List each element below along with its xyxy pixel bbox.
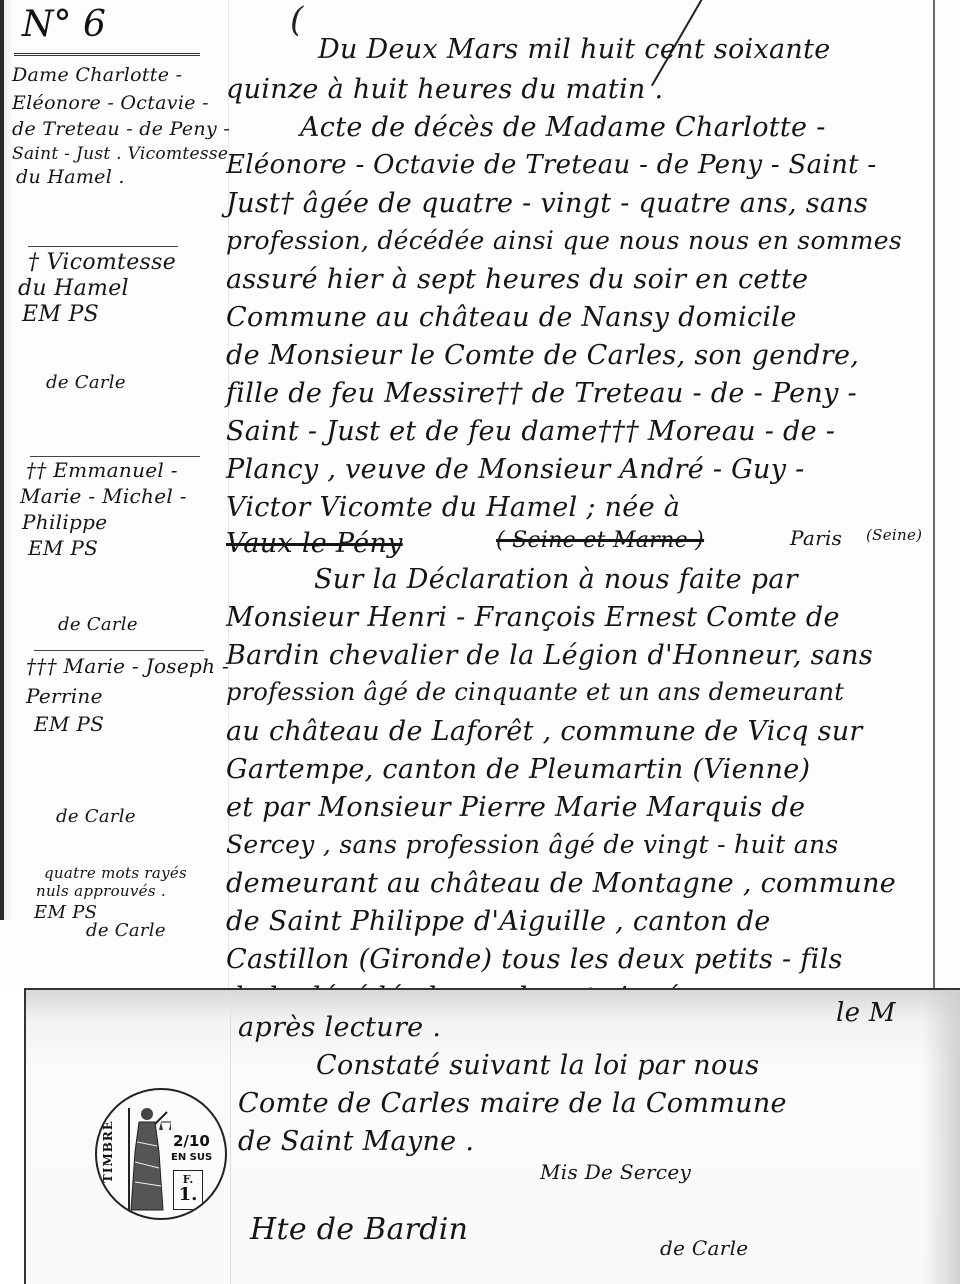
- body-line: Bardin chevalier de la Légion d'Honneur,…: [226, 640, 873, 671]
- stamp-label: TIMBRE: [101, 1120, 115, 1183]
- body-line: et par Monsieur Pierre Marie Marquis de: [226, 792, 805, 823]
- body-line: Acte de décès de Madame Charlotte -: [300, 112, 826, 143]
- annotation-1-initials: EM PS: [22, 302, 99, 327]
- annotation-2-line: Philippe: [22, 510, 107, 534]
- struck-birthplace: Vaux le Pény: [226, 528, 403, 559]
- body-line: Just† âgée de quatre - vingt - quatre an…: [226, 188, 868, 219]
- body-line: de Monsieur le Comte de Carles, son gend…: [226, 340, 859, 371]
- signature-bardin: Hte de Bardin: [250, 1212, 468, 1247]
- margin-subject-line: Eléonore - Octavie -: [12, 92, 209, 114]
- closing-line: après lecture .: [238, 1012, 441, 1043]
- annotation-1-line: † Vicomtesse: [28, 250, 176, 275]
- annotation-2-initials: EM PS: [28, 536, 98, 560]
- margin-subject-line: Saint - Just . Vicomtesse: [12, 144, 228, 164]
- annotation-rule: [34, 650, 204, 651]
- approval-note-line: quatre mots rayés: [44, 864, 187, 882]
- page-gap: [0, 990, 24, 1284]
- record-number: N° 6: [22, 4, 106, 45]
- body-line: Du Deux Mars mil huit cent soixante: [318, 34, 831, 65]
- body-line: demeurant au château de Montagne , commu…: [226, 868, 896, 899]
- body-line: profession, décédée ainsi que nous nous …: [226, 226, 902, 255]
- body-line: Plancy , veuve de Monsieur André - Guy -: [226, 454, 805, 485]
- body-line: assuré hier à sept heures du soir en cet…: [226, 264, 808, 295]
- approval-note-line: nuls approuvés .: [36, 882, 166, 900]
- body-line: Eléonore - Octavie de Treteau - de Peny …: [226, 150, 877, 180]
- marginal-mark: le M: [836, 998, 896, 1028]
- body-line: profession âgé de cinquante et un ans de…: [226, 678, 844, 706]
- body-line: Saint - Just et de feu dame††† Moreau - …: [226, 416, 835, 447]
- annotation-1-line: du Hamel: [18, 276, 129, 301]
- margin-subject-line: du Hamel .: [16, 166, 125, 188]
- struck-department: ( Seine et Marne ): [496, 528, 704, 553]
- annotation-2-line: †† Emmanuel -: [26, 458, 178, 482]
- body-line: de Saint Philippe d'Aiguille , canton de: [226, 906, 771, 937]
- signature-mayor: de Carle: [660, 1236, 748, 1260]
- body-line: Victor Vicomte du Hamel ; née à: [226, 492, 680, 523]
- stamp-value: 1.: [174, 1186, 202, 1204]
- corrected-birthplace: Paris: [790, 526, 842, 550]
- body-line: Sercey , sans profession âgé de vingt - …: [226, 830, 838, 859]
- initials-signature: de Carle: [58, 614, 138, 635]
- margin-divider: [230, 990, 231, 1284]
- signature-sercey: Mis De Sercey: [540, 1160, 691, 1184]
- annotation-3-initials: EM PS: [34, 712, 104, 736]
- margin-subject-line: de Treteau - de Peny -: [12, 118, 230, 140]
- initials-signature: de Carle: [56, 806, 136, 827]
- body-line: Commune au château de Nansy domicile: [226, 302, 797, 333]
- body-line: quinze à huit heures du matin .: [226, 74, 663, 105]
- body-line: Sur la Déclaration à nous faite par: [314, 564, 798, 595]
- page-edge: [0, 0, 4, 920]
- annotation-3-line: ††† Marie - Joseph -: [26, 654, 229, 678]
- page-curl-shadow: [922, 990, 960, 1284]
- body-line: Monsieur Henri - François Ernest Comte d…: [226, 602, 840, 633]
- body-line: Castillon (Gironde) tous les deux petits…: [226, 944, 843, 975]
- stamp-en-sus: EN SUS: [171, 1152, 212, 1163]
- body-line: au château de Laforêt , commune de Vicq …: [226, 716, 863, 747]
- margin-subject-line: Dame Charlotte -: [12, 64, 182, 86]
- closing-line: de Saint Mayne .: [238, 1126, 474, 1157]
- stamp-fraction: 2/10: [173, 1132, 210, 1150]
- body-line: fille de feu Messire†† de Treteau - de -…: [226, 378, 857, 409]
- annotation-rule: [28, 246, 178, 247]
- timbre-tax-stamp: TIMBRE 2/10 EN SUS F. 1.: [95, 1088, 227, 1220]
- annotation-3-line: Perrine: [26, 684, 103, 708]
- closing-line: Constaté suivant la loi par nous: [316, 1050, 759, 1081]
- closing-line: Comte de Carles maire de la Commune: [238, 1088, 787, 1119]
- corrected-department: (Seine): [866, 526, 922, 544]
- initials-signature: de Carle: [86, 920, 166, 941]
- annotation-2-line: Marie - Michel -: [20, 484, 187, 508]
- body-line: Gartempe, canton de Pleumartin (Vienne): [226, 754, 810, 785]
- stamp-value-box: F. 1.: [173, 1170, 203, 1210]
- record-number-underline: [14, 50, 200, 56]
- justice-figure-icon: [123, 1102, 171, 1214]
- annotation-rule: [30, 456, 200, 457]
- initials-signature: de Carle: [46, 372, 126, 393]
- right-page-rule: [933, 0, 935, 990]
- opening-flourish: (: [290, 0, 303, 40]
